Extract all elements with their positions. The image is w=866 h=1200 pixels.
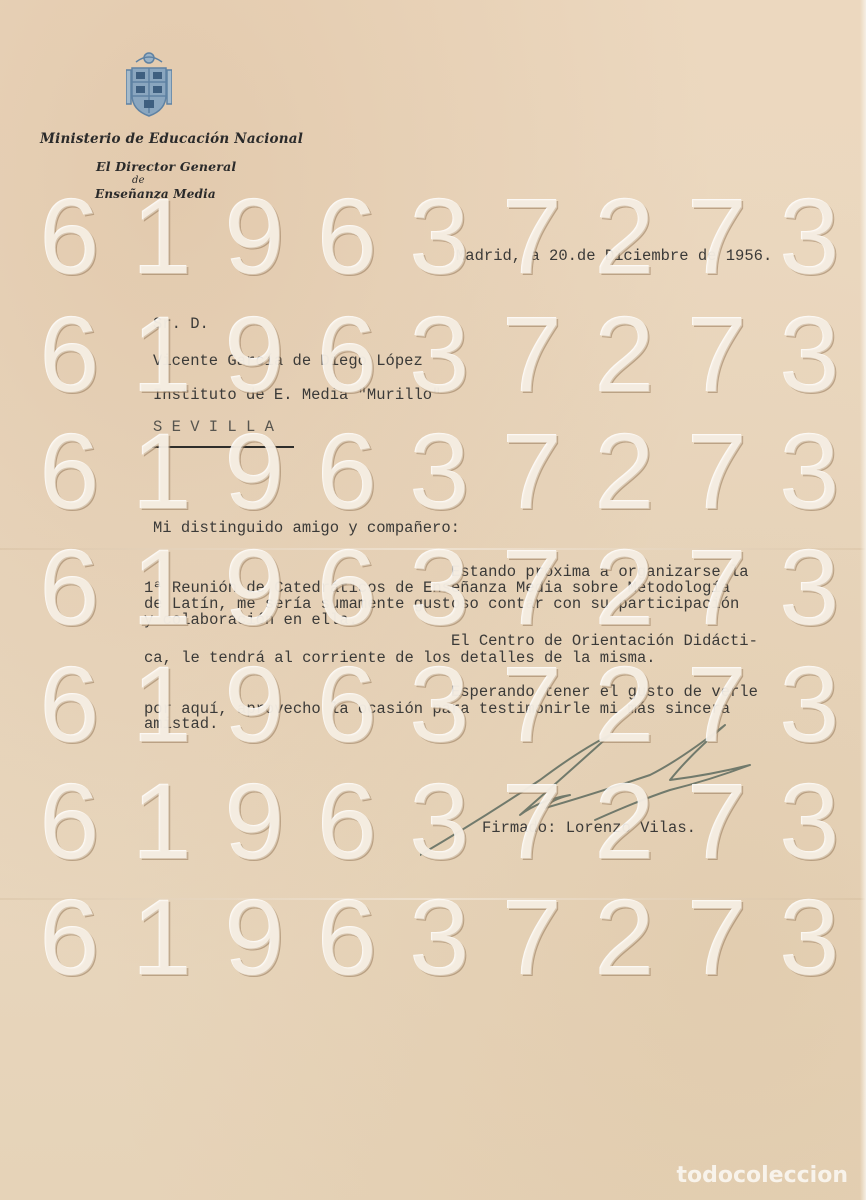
recipient-city: S E V I L L A [153, 419, 274, 435]
recipient-institution: Instituto de E. Media "Murillo" [153, 387, 441, 403]
city-underline [152, 446, 294, 448]
handwritten-signature [420, 720, 760, 860]
site-watermark: todocoleccion [676, 1163, 848, 1188]
recipient-title: Sr. D. [153, 316, 209, 332]
director-department: Enseñanza Media [95, 187, 216, 201]
paragraph-1-line-1: Estando próxima a organizarse la [144, 564, 749, 580]
director-title: El Director General [96, 159, 236, 174]
paper-fold [0, 898, 866, 900]
paragraph-1-line-3: de Latín, me sería sumamente gustoso con… [144, 596, 739, 612]
director-title-de: de [132, 175, 145, 186]
paragraph-1-line-4: y colaboración en ella. [144, 612, 358, 628]
paragraph-3-line-2: por aquí, aprovecho la ocasión para test… [144, 701, 730, 717]
paragraph-3-line-3: amistad. [144, 716, 218, 732]
greeting: Mi distinguido amigo y compañero: [153, 520, 460, 536]
paragraph-1-line-2: 1ª Reunión de Catedráticos de Enseñanza … [144, 580, 730, 596]
signature-line: Firmado: Lorenzo Vilas. [482, 820, 696, 836]
recipient-name: Vicente García de Diego López [153, 353, 423, 369]
paragraph-3-line-1: Esperando tener el gusto de verle [144, 684, 758, 700]
paper-edge [860, 0, 866, 1200]
place-date: Madrid, a 20.de Diciembre de 1956. [456, 248, 772, 264]
paragraph-2-line-2: ca, le tendrá al corriente de los detall… [144, 650, 656, 666]
coat-of-arms-icon [126, 50, 172, 120]
paper-fold [0, 548, 866, 550]
paragraph-2-line-1: El Centro de Orientación Didácti- [144, 633, 758, 649]
ministry-name: Ministerio de Educación Nacional [40, 131, 303, 147]
